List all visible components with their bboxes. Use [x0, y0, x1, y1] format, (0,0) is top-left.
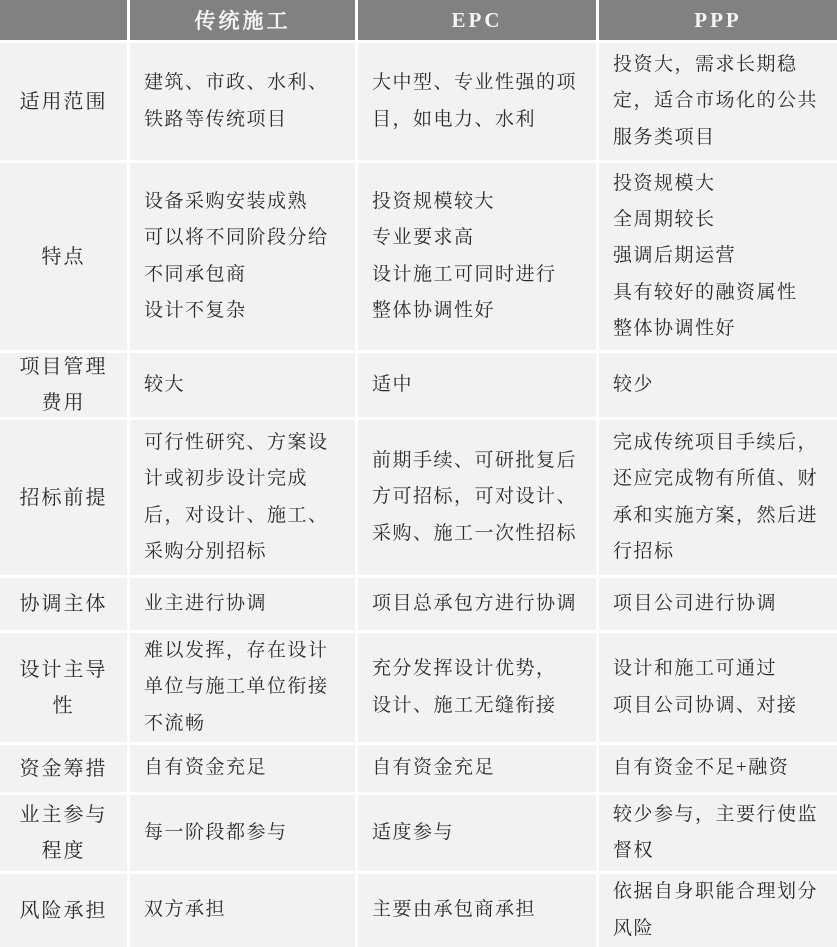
comparison-table-wrapper: 传统施工 EPC PPP 适用范围 建筑、市政、水利、铁路等传统项目 大中型、专…	[0, 0, 837, 947]
cell-owner-participation-epc: 适度参与	[358, 795, 596, 871]
construction-models-comparison-table: 传统施工 EPC PPP 适用范围 建筑、市政、水利、铁路等传统项目 大中型、专…	[0, 0, 837, 947]
cell-owner-participation-traditional: 每一阶段都参与	[130, 795, 355, 871]
row-label-bidding-prerequisite: 招标前提	[0, 420, 127, 575]
cell-design-leadership-ppp: 设计和施工可通过 项目公司协调、对接	[599, 633, 837, 742]
cell-coordination-traditional: 业主进行协调	[130, 578, 355, 630]
cell-risk-bearing-traditional: 双方承担	[130, 874, 355, 947]
cell-scope-traditional: 建筑、市政、水利、铁路等传统项目	[130, 43, 355, 160]
column-header-blank	[0, 0, 127, 40]
row-label-design-leadership: 设计主导 性	[0, 633, 127, 742]
cell-bidding-prerequisite-epc: 前期手续、可研批复后方可招标，可对设计、采购、施工一次性招标	[358, 420, 596, 575]
cell-scope-epc: 大中型、专业性强的项目，如电力、水利	[358, 43, 596, 160]
row-label-features: 特点	[0, 163, 127, 350]
cell-features-ppp: 投资规模大 全周期较长 强调后期运营 具有较好的融资属性 整体协调性好	[599, 163, 837, 350]
cell-financing-ppp: 自有资金不足+融资	[599, 745, 837, 792]
cell-management-fee-epc: 适中	[358, 353, 596, 417]
cell-features-epc: 投资规模较大 专业要求高 设计施工可同时进行 整体协调性好	[358, 163, 596, 350]
cell-management-fee-traditional: 较大	[130, 353, 355, 417]
row-label-coordination: 协调主体	[0, 578, 127, 630]
cell-coordination-epc: 项目总承包方进行协调	[358, 578, 596, 630]
row-label-risk-bearing: 风险承担	[0, 874, 127, 947]
cell-design-leadership-epc: 充分发挥设计优势， 设计、施工无缝衔接	[358, 633, 596, 742]
cell-scope-ppp: 投资大，需求长期稳定，适合市场化的公共服务类项目	[599, 43, 837, 160]
cell-coordination-ppp: 项目公司进行协调	[599, 578, 837, 630]
cell-risk-bearing-epc: 主要由承包商承担	[358, 874, 596, 947]
row-label-scope: 适用范围	[0, 43, 127, 160]
cell-owner-participation-ppp: 较少参与，主要行使监督权	[599, 795, 837, 871]
row-label-financing: 资金筹措	[0, 745, 127, 792]
cell-risk-bearing-ppp: 依据自身职能合理划分风险	[599, 874, 837, 947]
cell-management-fee-ppp: 较少	[599, 353, 837, 417]
cell-bidding-prerequisite-traditional: 可行性研究、方案设计或初步设计完成后，对设计、施工、采购分别招标	[130, 420, 355, 575]
row-label-owner-participation: 业主参与 程度	[0, 795, 127, 871]
cell-design-leadership-traditional: 难以发挥，存在设计单位与施工单位衔接不流畅	[130, 633, 355, 742]
column-header-ppp: PPP	[599, 0, 837, 40]
cell-bidding-prerequisite-ppp: 完成传统项目手续后，还应完成物有所值、财承和实施方案，然后进行招标	[599, 420, 837, 575]
column-header-traditional: 传统施工	[130, 0, 355, 40]
cell-financing-epc: 自有资金充足	[358, 745, 596, 792]
row-label-management-fee: 项目管理 费用	[0, 353, 127, 417]
cell-financing-traditional: 自有资金充足	[130, 745, 355, 792]
column-header-epc: EPC	[358, 0, 596, 40]
cell-features-traditional: 设备采购安装成熟 可以将不同阶段分给不同承包商 设计不复杂	[130, 163, 355, 350]
